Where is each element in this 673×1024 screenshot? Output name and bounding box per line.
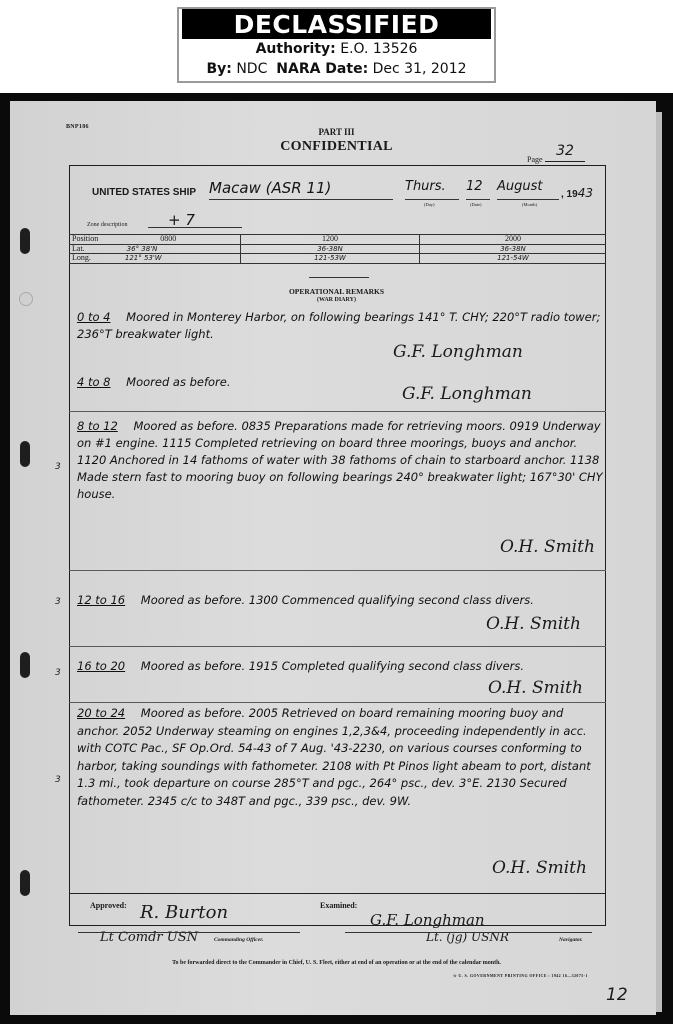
signature: O.H. Smith [488,678,583,698]
ship-label: UNITED STATES SHIP [92,187,196,198]
watch-label: 0 to 4 [77,310,111,324]
binder-hole [20,652,30,678]
long-label: Long. [72,253,91,262]
entry-separator [69,570,606,571]
long-0800: 121° 53'W [125,254,162,262]
declassified-stamp: DECLASSIFIED Authority: E.O. 13526 By: N… [177,7,496,83]
zone-label: Zone description [87,222,128,228]
stamp-title: DECLASSIFIED [182,9,491,39]
year-field: , 1943 [561,186,593,200]
watch-label: 8 to 12 [77,419,118,433]
day-caption: (Day) [424,202,435,207]
month-value: August [497,179,559,200]
lat-row: Lat. 36° 38'N 36-38N 36-38N [69,244,606,254]
commanding-officer-signature: R. Burton [140,902,228,923]
approved-label: Approved: [90,901,127,910]
long-row: Long. 121° 53'W 121-53W 121-54W [69,254,606,264]
watch-label: 20 to 24 [77,706,125,720]
signature: O.H. Smith [492,858,587,878]
examined-label: Examined: [320,901,357,910]
entry-text: Moored as before. 0835 Preparations made… [77,419,603,501]
long-1200: 121-53W [241,254,420,264]
header-2000: 2000 [420,235,607,245]
log-entry-8-12: 8 to 12 Moored as before. 0835 Preparati… [77,418,607,503]
entry-text: Moored as before. 1915 Completed qualify… [141,659,524,673]
remarks-title: OPERATIONAL REMARKS [0,287,673,296]
binder-hole [20,870,30,896]
margin-note: 3 [55,775,61,785]
watch-label: 16 to 20 [77,659,125,673]
entry-text: Moored as before. 2005 Retrieved on boar… [77,706,591,808]
long-2000: 121-54W [420,254,607,264]
position-header: Position 0800 [69,235,241,245]
entry-separator [69,702,606,703]
lat-0800: 36° 38'N [127,245,158,253]
day-value: Thurs. [405,179,459,200]
margin-note: 3 [55,668,61,678]
lat-label: Lat. [72,244,85,253]
margin-note: 3 [55,597,61,607]
printing-office-note: ☆ U. S. GOVERNMENT PRINTING OFFICE : 194… [453,973,588,978]
stamp-authority: Authority: E.O. 13526 [179,39,494,59]
position-header-row: Position 0800 1200 2000 [69,235,606,245]
margin-note: 3 [55,462,61,472]
lat-2000: 36-38N [420,244,607,254]
divider [309,277,369,278]
footer-separator [69,893,606,894]
binder-hole [20,228,30,254]
entry-text: Moored in Monterey Harbor, on following … [77,310,600,341]
date-caption: (Date) [470,202,482,207]
signature: O.H. Smith [486,614,581,634]
navigator-signature: G.F. Longhman [370,911,485,929]
remarks-subtitle: (WAR DIARY) [0,297,673,303]
watch-label: 4 to 8 [77,375,111,389]
signature: O.H. Smith [500,537,595,557]
forwarding-note: To be forwarded direct to the Commander … [0,960,673,966]
position-table: Position 0800 1200 2000 Lat. 36° 38'N 36… [69,234,606,264]
signature: G.F. Longhman [393,342,523,362]
paper-edge [656,112,662,1012]
watch-label: 12 to 16 [77,593,125,607]
ship-name: Macaw (ASR 11) [209,179,393,200]
log-entry-16-20: 16 to 20 Moored as before. 1915 Complete… [77,658,607,675]
navigator-caption: Navigator. [559,937,583,943]
sheet-number: 12 [606,985,628,1005]
part-heading: PART III [0,127,673,137]
page-label: Page [527,155,543,164]
co-signature-line [78,932,300,933]
month-caption: (Month) [522,202,537,207]
commanding-officer-caption: Commanding Officer. [214,937,263,943]
signature: G.F. Longhman [402,384,532,404]
navigator-signature-line [345,932,592,933]
zone-value: + 7 [148,211,242,228]
header-1200: 1200 [241,235,420,245]
binder-hole [20,441,30,467]
entry-separator [69,646,606,647]
entry-text: Moored as before. [126,375,230,389]
log-entry-0-4: 0 to 4 Moored in Monterey Harbor, on fol… [77,309,607,343]
page-number: 32 [545,143,585,162]
log-entry-12-16: 12 to 16 Moored as before. 1300 Commence… [77,592,607,609]
stamp-by-date: By: NDC NARA Date: Dec 31, 2012 [179,59,494,79]
entry-separator [69,411,606,412]
entry-text: Moored as before. 1300 Commenced qualify… [141,593,534,607]
date-value: 12 [466,179,490,200]
lat-1200: 36-38N [241,244,420,254]
log-entry-20-24: 20 to 24 Moored as before. 2005 Retrieve… [77,705,607,810]
